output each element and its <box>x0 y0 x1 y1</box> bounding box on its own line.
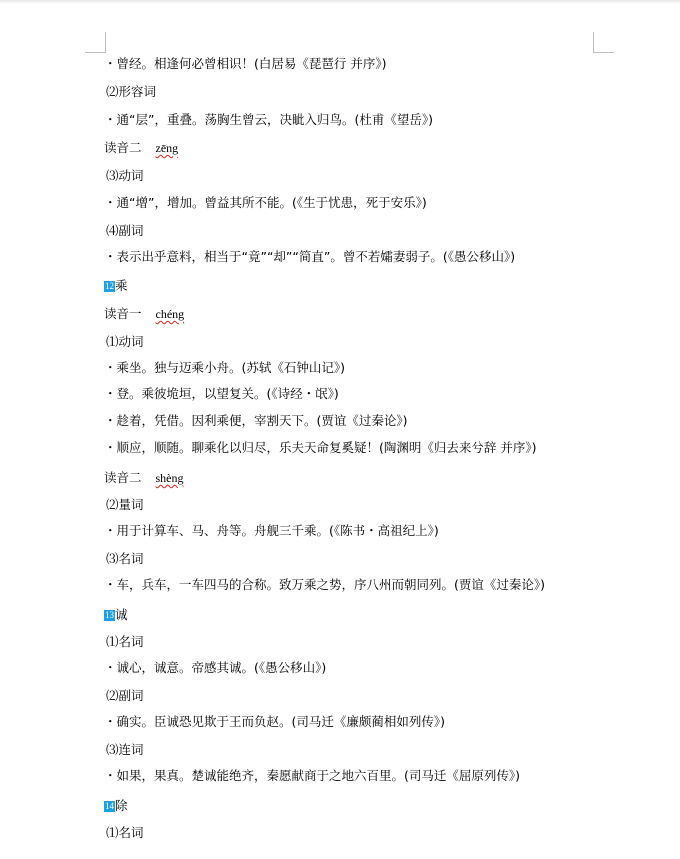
part-of-speech-heading: ⑶连词 <box>106 742 144 758</box>
example-line: ・诚心，诚意。帝感其诚。(《愚公移山》) <box>104 660 326 676</box>
example-line: ・趁着，凭借。因利乘便，宰割天下。(贾谊《过秦论》) <box>104 413 408 429</box>
part-of-speech-heading: ⑵量词 <box>106 497 144 513</box>
entry-character: 乘 <box>115 278 128 293</box>
example-line: ・如果，果真。楚诚能绝齐，秦愿献商于之地六百里。(司马迁《屈原列传》) <box>104 768 520 784</box>
reading-label: 读音二 <box>104 470 142 485</box>
reading-label: 读音二 <box>104 140 142 155</box>
part-of-speech-heading: ⑵副词 <box>106 688 144 704</box>
part-of-speech-heading: ⑵形容词 <box>106 84 156 100</box>
example-line: ・通“层”，重叠。荡胸生曾云，决眦入归鸟。(杜甫《望岳》) <box>104 112 433 128</box>
part-of-speech-heading: ⑶名词 <box>106 551 144 567</box>
reading-line: 读音二shèng <box>104 470 184 486</box>
example-line: ・曾经。相逢何必曾相识！(白居易《琵琶行 并序》) <box>104 56 386 72</box>
part-of-speech-heading: ⑴名词 <box>106 634 144 650</box>
reading-label: 读音一 <box>104 306 142 321</box>
entry-character: 除 <box>115 798 128 813</box>
example-line: ・表示出乎意料，相当于“竟”“却”“简直”。曾不若孀妻弱子。(《愚公移山》) <box>104 249 515 265</box>
page-corner-mark-left <box>85 32 106 53</box>
example-line: ・顺应，顺随。聊乘化以归尽，乐夫天命复奚疑！(陶渊明《归去来兮辞 并序》) <box>104 440 536 456</box>
entry-number-badge: 14 <box>104 801 115 812</box>
entry-heading: 13诚 <box>104 607 128 623</box>
example-line: ・确实。臣诚恐见欺于王而负赵。(司马迁《廉颇蔺相如列传》) <box>104 714 445 730</box>
part-of-speech-heading: ⑷副词 <box>106 223 144 239</box>
entry-character: 诚 <box>115 607 128 622</box>
example-line: ・通“增”，增加。曾益其所不能。(《生于忧患，死于安乐》) <box>104 195 427 211</box>
pinyin-text: shèng <box>156 471 184 485</box>
part-of-speech-heading: ⑴名词 <box>106 825 144 841</box>
reading-line: 读音二zēng <box>104 140 178 156</box>
pinyin-text: zēng <box>156 141 179 155</box>
part-of-speech-heading: ⑶动词 <box>106 168 144 184</box>
window-top-shadow <box>0 0 680 4</box>
page-corner-mark-right <box>593 32 614 53</box>
entry-heading: 12乘 <box>104 278 128 294</box>
example-line: ・登。乘彼垝垣，以望复关。(《诗经・氓》) <box>104 386 339 402</box>
part-of-speech-heading: ⑴动词 <box>106 334 144 350</box>
example-line: ・车，兵车，一车四马的合称。致万乘之势，序八州而朝同列。(贾谊《过秦论》) <box>104 577 545 593</box>
example-line: ・用于计算车、马、舟等。舟舰三千乘。(《陈书・高祖纪上》) <box>104 523 439 539</box>
entry-number-badge: 12 <box>104 281 115 292</box>
reading-line: 读音一chéng <box>104 306 184 322</box>
entry-heading: 14除 <box>104 798 128 814</box>
pinyin-text: chéng <box>156 307 185 321</box>
example-line: ・乘坐。独与迈乘小舟。(苏轼《石钟山记》) <box>104 360 345 376</box>
entry-number-badge: 13 <box>104 610 115 621</box>
